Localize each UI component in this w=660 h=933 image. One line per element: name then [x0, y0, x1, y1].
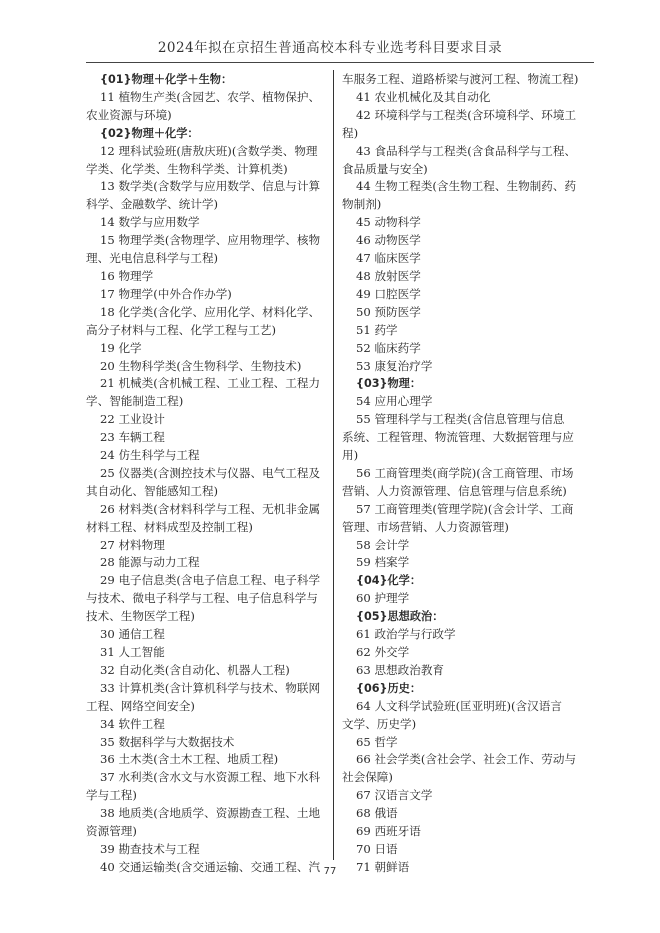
major-item: 35 数据科学与大数据技术 [86, 734, 324, 752]
major-item: 51 药学 [342, 322, 592, 340]
major-item: 48 放射医学 [342, 268, 592, 286]
major-item-continuation: 物制剂) [342, 196, 592, 214]
major-item: 37 水利类(含水文与水资源工程、地下水科 [86, 769, 324, 787]
header-rule [86, 62, 594, 63]
major-item: 52 临床药学 [342, 340, 592, 358]
major-item-continuation: 车服务工程、道路桥梁与渡河工程、物流工程) [342, 71, 592, 89]
major-item: 70 日语 [342, 841, 592, 859]
major-item: 23 车辆工程 [86, 429, 324, 447]
major-item-continuation: 技术、生物医学工程) [86, 608, 324, 626]
major-item-continuation: 其自动化、智能感知工程) [86, 483, 324, 501]
major-item: 42 环境科学与工程类(含环境科学、环境工 [342, 107, 592, 125]
major-item-continuation: 工程、网络空间安全) [86, 698, 324, 716]
page-number: 77 [0, 866, 660, 877]
section-heading: {04}化学： [342, 572, 592, 590]
major-item: 53 康复治疗学 [342, 358, 592, 376]
right-column: 车服务工程、道路桥梁与渡河工程、物流工程)41 农业机械化及其自动化42 环境科… [342, 71, 592, 877]
column-divider [333, 70, 334, 860]
major-item: 43 食品科学与工程类(含食品科学与工程、 [342, 143, 592, 161]
major-item-continuation: 文学、历史学) [342, 716, 592, 734]
major-item-continuation: 资源管理) [86, 823, 324, 841]
left-column: {01}物理＋化学＋生物：11 植物生产类(含园艺、农学、植物保护、农业资源与环… [86, 71, 324, 877]
major-item: 61 政治学与行政学 [342, 626, 592, 644]
major-item: 44 生物工程类(含生物工程、生物制药、药 [342, 178, 592, 196]
major-item: 54 应用心理学 [342, 393, 592, 411]
major-item-continuation: 学与工程) [86, 787, 324, 805]
major-item: 65 哲学 [342, 734, 592, 752]
major-item: 25 仪器类(含测控技术与仪器、电气工程及 [86, 465, 324, 483]
major-item: 13 数学类(含数学与应用数学、信息与计算 [86, 178, 324, 196]
major-item: 22 工业设计 [86, 411, 324, 429]
section-heading: {05}思想政治： [342, 608, 592, 626]
major-item: 38 地质类(含地质学、资源勘查工程、土地 [86, 805, 324, 823]
major-item: 59 档案学 [342, 554, 592, 572]
major-item: 39 勘查技术与工程 [86, 841, 324, 859]
major-item: 46 动物医学 [342, 232, 592, 250]
major-item-continuation: 营销、人力资源管理、信息管理与信息系统) [342, 483, 592, 501]
major-item: 50 预防医学 [342, 304, 592, 322]
major-item: 45 动物科学 [342, 214, 592, 232]
major-item-continuation: 管理、市场营销、人力资源管理) [342, 519, 592, 537]
major-item: 26 材料类(含材料科学与工程、无机非金属 [86, 501, 324, 519]
major-item: 30 通信工程 [86, 626, 324, 644]
major-item-continuation: 用) [342, 447, 592, 465]
major-item: 14 数学与应用数学 [86, 214, 324, 232]
major-item: 32 自动化类(含自动化、机器人工程) [86, 662, 324, 680]
major-item: 24 仿生科学与工程 [86, 447, 324, 465]
section-heading: {01}物理＋化学＋生物： [86, 71, 324, 89]
major-item: 55 管理科学与工程类(含信息管理与信息 [342, 411, 592, 429]
major-item: 34 软件工程 [86, 716, 324, 734]
major-item-continuation: 与技术、微电子科学与工程、电子信息科学与 [86, 590, 324, 608]
major-item: 62 外交学 [342, 644, 592, 662]
major-item: 69 西班牙语 [342, 823, 592, 841]
major-item: 64 人文科学试验班(匡亚明班)(含汉语言 [342, 698, 592, 716]
major-item: 63 思想政治教育 [342, 662, 592, 680]
major-item: 31 人工智能 [86, 644, 324, 662]
major-item: 18 化学类(含化学、应用化学、材料化学、 [86, 304, 324, 322]
major-item: 60 护理学 [342, 590, 592, 608]
major-item: 16 物理学 [86, 268, 324, 286]
major-item-continuation: 程) [342, 125, 592, 143]
major-item: 33 计算机类(含计算机科学与技术、物联网 [86, 680, 324, 698]
major-item: 57 工商管理类(管理学院)(含会计学、工商 [342, 501, 592, 519]
section-heading: {02}物理＋化学： [86, 125, 324, 143]
major-item: 36 土木类(含土木工程、地质工程) [86, 751, 324, 769]
major-item-continuation: 系统、工程管理、物流管理、大数据管理与应 [342, 429, 592, 447]
major-item: 29 电子信息类(含电子信息工程、电子科学 [86, 572, 324, 590]
major-item-continuation: 社会保障) [342, 769, 592, 787]
major-item-continuation: 理、光电信息科学与工程) [86, 250, 324, 268]
major-item: 15 物理学类(含物理学、应用物理学、核物 [86, 232, 324, 250]
major-item: 21 机械类(含机械工程、工业工程、工程力 [86, 375, 324, 393]
major-item: 27 材料物理 [86, 537, 324, 555]
page-title: 2024年拟在京招生普通高校本科专业选考科目要求目录 [0, 36, 660, 56]
major-item: 56 工商管理类(商学院)(含工商管理、市场 [342, 465, 592, 483]
major-item: 19 化学 [86, 340, 324, 358]
major-item-continuation: 高分子材料与工程、化学工程与工艺) [86, 322, 324, 340]
major-item-continuation: 农业资源与环境) [86, 107, 324, 125]
major-item: 12 理科试验班(唐敖庆班)(含数学类、物理 [86, 143, 324, 161]
section-heading: {03}物理： [342, 375, 592, 393]
major-item: 17 物理学(中外合作办学) [86, 286, 324, 304]
major-item: 20 生物科学类(含生物科学、生物技术) [86, 358, 324, 376]
major-item: 28 能源与动力工程 [86, 554, 324, 572]
major-item-continuation: 材料工程、材料成型及控制工程) [86, 519, 324, 537]
section-heading: {06}历史： [342, 680, 592, 698]
major-item: 68 俄语 [342, 805, 592, 823]
major-item: 58 会计学 [342, 537, 592, 555]
major-item: 67 汉语言文学 [342, 787, 592, 805]
major-item-continuation: 学类、化学类、生物科学类、计算机类) [86, 161, 324, 179]
major-item-continuation: 食品质量与安全) [342, 161, 592, 179]
major-item: 66 社会学类(含社会学、社会工作、劳动与 [342, 751, 592, 769]
major-item: 49 口腔医学 [342, 286, 592, 304]
major-item: 47 临床医学 [342, 250, 592, 268]
major-item: 41 农业机械化及其自动化 [342, 89, 592, 107]
major-item: 11 植物生产类(含园艺、农学、植物保护、 [86, 89, 324, 107]
major-item-continuation: 科学、金融数学、统计学) [86, 196, 324, 214]
major-item-continuation: 学、智能制造工程) [86, 393, 324, 411]
